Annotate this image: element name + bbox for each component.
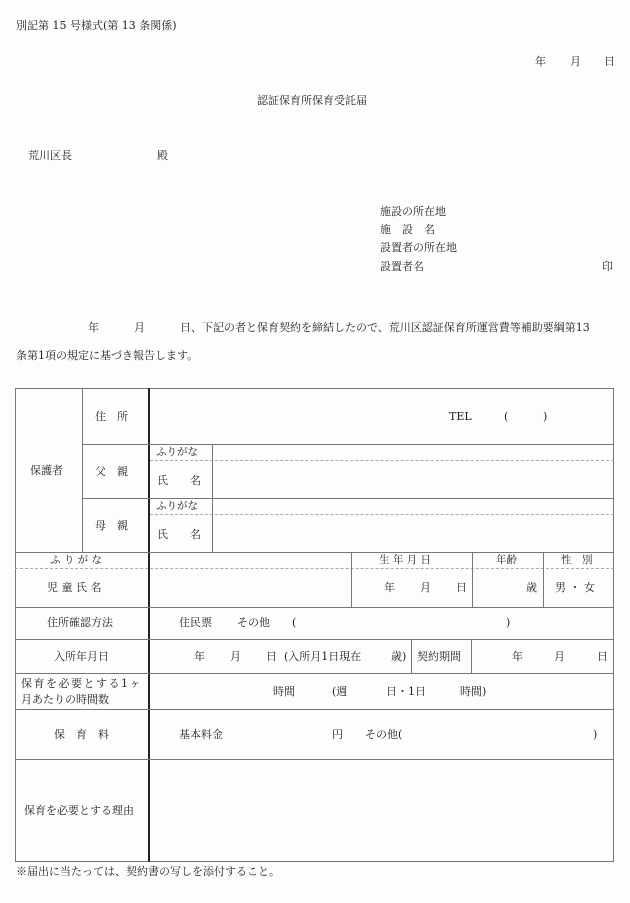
- other-fee-open: その他(: [365, 729, 402, 740]
- hours-label-line2: 月あたりの時間数: [21, 694, 109, 705]
- contract-col-divider: [471, 639, 472, 673]
- address-label: 住 所: [95, 411, 128, 422]
- reason-field[interactable]: [150, 760, 613, 861]
- birth-day: 日: [456, 582, 467, 593]
- addressee-honorific: 殿: [157, 150, 168, 161]
- option-resident-card[interactable]: 住民票: [179, 617, 212, 628]
- owner-location-label: 設置者の所在地: [380, 242, 457, 253]
- birth-col-divider: [351, 552, 352, 607]
- form-title: 認証保育所保育受託届: [257, 95, 367, 106]
- guardian-col-divider: [82, 388, 83, 552]
- birth-year: 年: [384, 582, 395, 593]
- guardian-label: 保護者: [30, 465, 63, 476]
- enrollment-label: 入所年月日: [54, 651, 109, 662]
- body-line1: 日、下記の者と保育契約を締結したので、荒川区認証保育所運営費等補助要綱第13: [180, 322, 590, 333]
- address-check-label: 住所確認方法: [47, 617, 113, 628]
- child-name-field[interactable]: [150, 569, 350, 607]
- other-fee-close: ): [593, 729, 597, 740]
- other-paren-open: (: [292, 617, 296, 628]
- enroll-day: 日: [266, 651, 277, 662]
- child-name-label: 児 童 氏 名: [47, 582, 102, 593]
- body-year: 年: [88, 322, 99, 333]
- week-open: (週: [332, 686, 347, 697]
- mother-furigana-label: ふりがな: [156, 501, 198, 512]
- tel-label: TEL: [449, 411, 472, 422]
- owner-name-label: 設置者名: [380, 261, 424, 272]
- hours-close: 時間): [460, 686, 486, 697]
- birth-date-header: 生 年 月 日: [379, 555, 431, 566]
- row-line: [15, 639, 614, 640]
- date-month-label: 月: [570, 56, 581, 67]
- gender-header: 性 別: [561, 555, 593, 566]
- father-name-label: 氏 名: [157, 475, 201, 486]
- contract-month: 月: [554, 651, 565, 662]
- contract-col-divider: [411, 639, 412, 673]
- gender-col-divider: [543, 552, 544, 607]
- reason-label: 保育を必要とする理由: [24, 805, 134, 816]
- father-furigana-label: ふりがな: [156, 447, 198, 458]
- body-line2: 条第1項の規定に基づき報告します。: [16, 350, 198, 361]
- row-line: [15, 673, 614, 674]
- date-day-label: 日: [604, 56, 615, 67]
- body-month: 月: [134, 322, 145, 333]
- enroll-month: 月: [230, 651, 241, 662]
- days-separator: 日・1日: [386, 686, 426, 697]
- father-label: 父 親: [95, 466, 128, 477]
- enroll-age-note: (入所月1日現在: [284, 651, 361, 662]
- child-furigana-label: ふ り が な: [50, 555, 102, 566]
- facility-name-label: 施 設 名: [380, 224, 435, 235]
- tel-paren-close: ): [543, 411, 547, 422]
- hours-unit: 時間: [273, 686, 295, 697]
- father-name-field[interactable]: [213, 461, 613, 498]
- row-line: [15, 709, 614, 710]
- addressee-name: 荒川区長: [28, 150, 72, 161]
- date-year-label: 年: [535, 56, 546, 67]
- age-unit: 歳: [526, 582, 537, 593]
- tel-paren-open: (: [504, 411, 508, 422]
- age-header: 年齢: [496, 555, 517, 566]
- gender-options[interactable]: 男 ・ 女: [555, 582, 595, 593]
- option-other[interactable]: その他: [237, 617, 270, 628]
- mother-label: 母 親: [95, 520, 128, 531]
- mother-name-field[interactable]: [213, 515, 613, 552]
- age-col-divider: [472, 552, 473, 607]
- child-furigana-field[interactable]: [150, 553, 350, 568]
- enroll-year: 年: [194, 651, 205, 662]
- form-number: 別記第 15 号様式(第 13 条関係): [16, 20, 177, 31]
- mother-furigana-field[interactable]: [213, 499, 613, 514]
- fee-label: 保 育 料: [54, 729, 109, 740]
- seal-mark: 印: [602, 261, 613, 272]
- other-paren-close: ): [506, 617, 510, 628]
- facility-location-label: 施設の所在地: [380, 206, 446, 217]
- birth-month: 月: [420, 582, 431, 593]
- father-furigana-field[interactable]: [213, 445, 613, 460]
- yen-unit: 円: [332, 729, 343, 740]
- row-line: [15, 607, 614, 608]
- base-fee-label: 基本料金: [179, 729, 223, 740]
- hours-label-line1: 保育を必要とする1ヶ: [21, 678, 142, 689]
- footnote: ※届出に当たっては、契約書の写しを添付すること。: [16, 866, 280, 877]
- contract-year: 年: [512, 651, 523, 662]
- mother-name-label: 氏 名: [157, 529, 201, 540]
- enroll-age-unit: 歳): [391, 651, 406, 662]
- contract-period-label: 契約期間: [417, 651, 461, 662]
- contract-day: 日: [597, 651, 608, 662]
